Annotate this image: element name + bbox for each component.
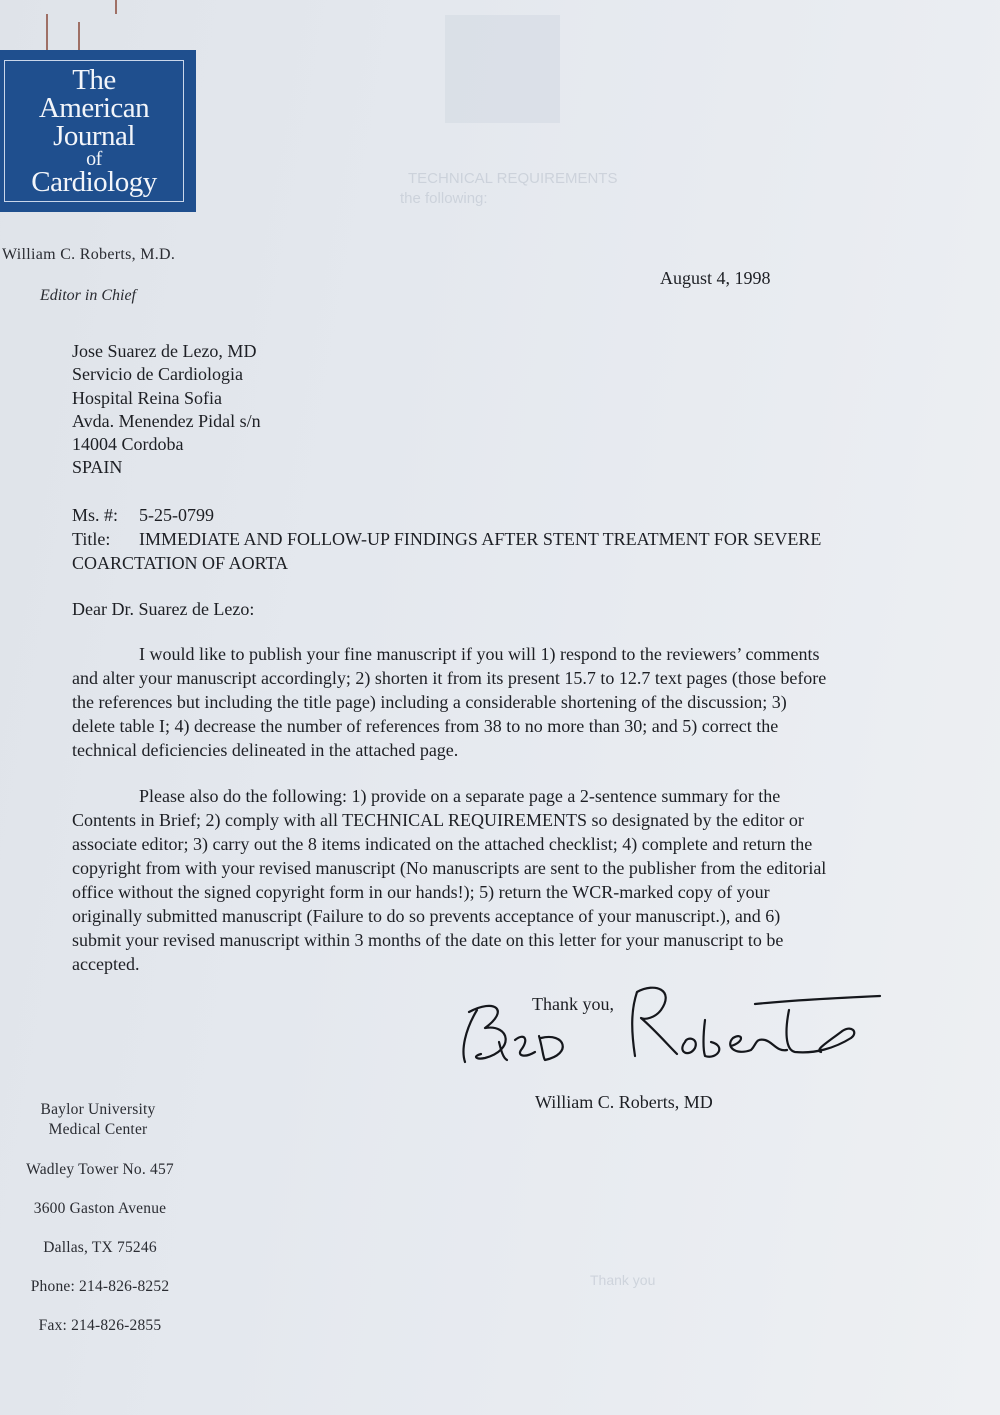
logo-line: Cardiology [31, 168, 157, 196]
manuscript-title-continued: COARCTATION OF AORTA [72, 551, 288, 575]
show-through-box [445, 15, 560, 123]
logo-line: American [39, 94, 149, 122]
address-line: Hospital Reina Sofia [72, 387, 261, 410]
institution-line: Medical Center [0, 1120, 200, 1140]
address-line: Servicio de Cardiologia [72, 363, 261, 386]
city-line: Dallas, TX 75246 [0, 1239, 200, 1257]
show-through-closing: Thank you [590, 1272, 655, 1288]
fax-line: Fax: 214-826-2855 [0, 1317, 200, 1335]
paragraph-line: technical deficiencies delineated in the… [72, 738, 932, 762]
address-line: SPAIN [72, 456, 261, 479]
paragraph-line: Please also do the following: 1) provide… [72, 784, 932, 808]
staple-mark [46, 14, 48, 54]
logo-line: The [72, 66, 116, 94]
logo-line: Journal [53, 122, 135, 150]
manuscript-number-label: Ms. #: [72, 503, 139, 527]
editor-title: Editor in Chief [40, 287, 136, 305]
paragraph-line: delete table I; 4) decrease the number o… [72, 714, 932, 738]
recipient-address: Jose Suarez de Lezo, MD Servicio de Card… [72, 340, 261, 480]
paragraph-line: Contents in Brief; 2) comply with all TE… [72, 808, 932, 832]
staple-mark [78, 22, 80, 52]
show-through-subheading: the following: [400, 190, 488, 207]
address-line: Jose Suarez de Lezo, MD [72, 340, 261, 363]
paragraph-line: and alter your manuscript accordingly; 2… [72, 666, 932, 690]
paragraph-line: I would like to publish your fine manusc… [72, 642, 932, 666]
editor-name: William C. Roberts, M.D. [2, 246, 175, 264]
paragraph-line: originally submitted manuscript (Failure… [72, 904, 932, 928]
paragraph-line: associate editor; 3) carry out the 8 ite… [72, 832, 932, 856]
letter-date: August 4, 1998 [660, 268, 771, 289]
institution-line: Baylor University [0, 1100, 200, 1120]
show-through-heading: TECHNICAL REQUIREMENTS [408, 170, 617, 187]
manuscript-title: IMMEDIATE AND FOLLOW-UP FINDINGS AFTER S… [139, 527, 821, 551]
paragraph-line: office without the signed copyright form… [72, 880, 932, 904]
footer-address: Baylor University Medical Center Wadley … [0, 1100, 200, 1335]
greeting: Dear Dr. Suarez de Lezo: [72, 599, 254, 620]
journal-logo: The American Journal of Cardiology [0, 50, 196, 212]
letter-page: TECHNICAL REQUIREMENTS the following: Th… [0, 0, 1000, 1415]
paragraph-line: the references but including the title p… [72, 690, 932, 714]
manuscript-title-label: Title: [72, 527, 139, 551]
address-line: Avda. Menendez Pidal s/n [72, 410, 261, 433]
phone-line: Phone: 214-826-8252 [0, 1278, 200, 1296]
handwritten-signature [455, 980, 895, 1080]
manuscript-info: Ms. #: 5-25-0799 Title: IMMEDIATE AND FO… [72, 503, 821, 575]
manuscript-number: 5-25-0799 [139, 503, 214, 527]
building-line: Wadley Tower No. 457 [0, 1161, 200, 1179]
street-line: 3600 Gaston Avenue [0, 1200, 200, 1218]
signer-name: William C. Roberts, MD [535, 1092, 713, 1113]
address-line: 14004 Cordoba [72, 433, 261, 456]
paragraph-line: submit your revised manuscript within 3 … [72, 928, 932, 952]
paragraph-line: copyright from with your revised manuscr… [72, 856, 932, 880]
paragraph-line: accepted. [72, 952, 932, 976]
body-paragraph-1: I would like to publish your fine manusc… [72, 642, 932, 762]
body-paragraph-2: Please also do the following: 1) provide… [72, 784, 932, 976]
staple-mark [115, 0, 117, 14]
